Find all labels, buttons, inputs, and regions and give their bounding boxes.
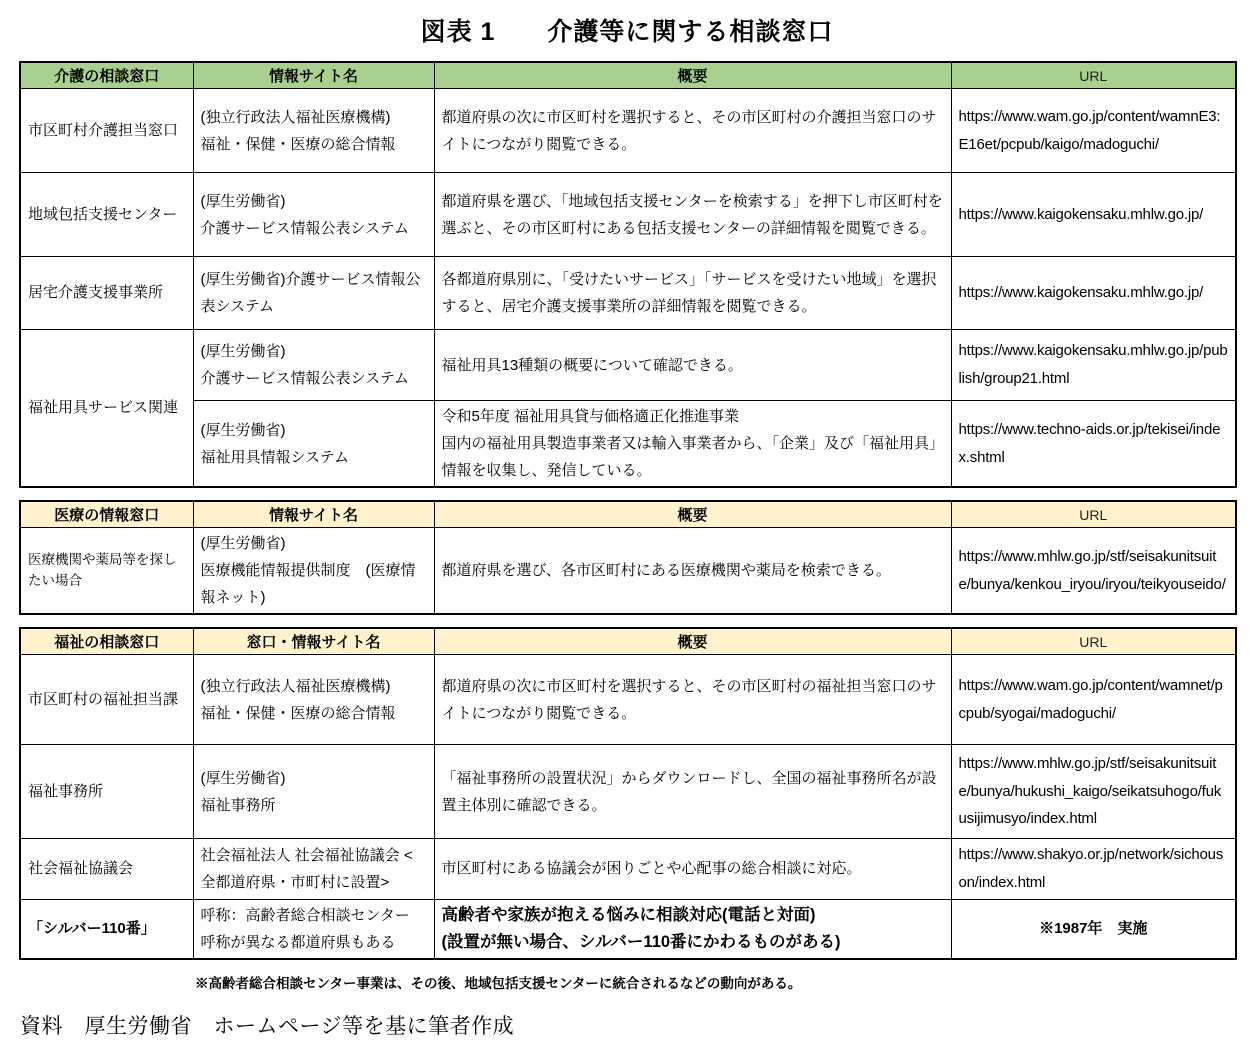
window-cell-merged: 福祉用具サービス関連 (20, 330, 193, 488)
table-header-row: 介護の相談窓口 情報サイト名 概要 URL (20, 62, 1236, 89)
table-row: 市区町村介護担当窓口 (独立行政法人福祉医療機構) 福祉・保健・医療の総合情報 … (20, 89, 1236, 173)
table-row: (厚生労働省) 福祉用具情報システム 令和5年度 福祉用具貸与価格適正化推進事業… (20, 401, 1236, 488)
header-consultation-window: 介護の相談窓口 (20, 62, 193, 89)
table-row: 福祉用具サービス関連 (厚生労働省) 介護サービス情報公表システム 福祉用具13… (20, 330, 1236, 401)
url-cell: https://www.mhlw.go.jp/stf/seisakunitsui… (951, 528, 1236, 615)
site-name-cell: 呼称：高齢者総合相談センター 呼称が異なる都道府県もある (193, 899, 434, 959)
header-url: URL (951, 62, 1236, 89)
summary-cell: 都道府県を選び、「地域包括支援センターを検索する」を押下し市区町村を選ぶと、その… (434, 173, 951, 257)
site-name-cell: (厚生労働省) 福祉用具情報システム (193, 401, 434, 488)
summary-cell: 「福祉事務所の設置状況」からダウンロードし、全国の福祉事務所名が設置主体別に確認… (434, 745, 951, 839)
table-row: 居宅介護支援事業所 (厚生労働省)介護サービス情報公表システム 各都道府県別に、… (20, 257, 1236, 330)
summary-cell: 都道府県の次に市区町村を選択すると、その市区町村の介護担当窓口のサイトにつながり… (434, 89, 951, 173)
window-cell: 福祉事務所 (20, 745, 193, 839)
url-cell: https://www.shakyo.or.jp/network/sichous… (951, 839, 1236, 900)
table-row: 「シルバー110番」 呼称：高齢者総合相談センター 呼称が異なる都道府県もある … (20, 899, 1236, 959)
url-cell: https://www.kaigokensaku.mhlw.go.jp/ (951, 173, 1236, 257)
summary-cell: 都道府県を選び、各市区町村にある医療機関や薬局を検索できる。 (434, 528, 951, 615)
window-cell: 市区町村の福祉担当課 (20, 655, 193, 745)
header-summary: 概要 (434, 501, 951, 528)
table-header-row: 福祉の相談窓口 窓口・情報サイト名 概要 URL (20, 628, 1236, 655)
source-attribution: 資料 厚生労働省 ホームページ等を基に筆者作成 (20, 1010, 1254, 1040)
url-cell: https://www.techno-aids.or.jp/tekisei/in… (951, 401, 1236, 488)
iryo-information-table: 医療の情報窓口 情報サイト名 概要 URL 医療機関や薬局等を探したい場合 (厚… (19, 500, 1237, 615)
site-name-cell: 社会福祉法人 社会福祉協議会 <全都道府県・市町村に設置> (193, 839, 434, 900)
site-name-cell: (厚生労働省) 介護サービス情報公表システム (193, 330, 434, 401)
url-cell: https://www.wam.go.jp/content/wamnet/pcp… (951, 655, 1236, 745)
table-row: 市区町村の福祉担当課 (独立行政法人福祉医療機構) 福祉・保健・医療の総合情報 … (20, 655, 1236, 745)
summary-cell: 令和5年度 福祉用具貸与価格適正化推進事業 国内の福祉用具製造事業者又は輸入事業… (434, 401, 951, 488)
table-row: 地域包括支援センター (厚生労働省) 介護サービス情報公表システム 都道府県を選… (20, 173, 1236, 257)
site-name-cell: (厚生労働省) 福祉事務所 (193, 745, 434, 839)
table-row: 医療機関や薬局等を探したい場合 (厚生労働省) 医療機能情報提供制度 (医療情報… (20, 528, 1236, 615)
site-name-cell: (厚生労働省)介護サービス情報公表システム (193, 257, 434, 330)
window-cell: 居宅介護支援事業所 (20, 257, 193, 330)
url-cell: https://www.kaigokensaku.mhlw.go.jp/publ… (951, 330, 1236, 401)
table-header-row: 医療の情報窓口 情報サイト名 概要 URL (20, 501, 1236, 528)
page-title: 図表 1 介護等に関する相談窓口 (0, 12, 1254, 48)
table-row: 社会福祉協議会 社会福祉法人 社会福祉協議会 <全都道府県・市町村に設置> 市区… (20, 839, 1236, 900)
kaigo-consultation-table: 介護の相談窓口 情報サイト名 概要 URL 市区町村介護担当窓口 (独立行政法人… (19, 61, 1237, 488)
header-site-name: 情報サイト名 (193, 501, 434, 528)
url-cell: https://www.mhlw.go.jp/stf/seisakunitsui… (951, 745, 1236, 839)
header-site-name: 窓口・情報サイト名 (193, 628, 434, 655)
table-footnote: ※高齢者総合相談センター事業は、その後、地域包括支援センターに統合されるなどの動… (195, 972, 1254, 992)
summary-cell: 高齢者や家族が抱える悩みに相談対応(電話と対面) (設置が無い場合、シルバー11… (434, 899, 951, 959)
header-consultation-window: 福祉の相談窓口 (20, 628, 193, 655)
table-row: 福祉事務所 (厚生労働省) 福祉事務所 「福祉事務所の設置状況」からダウンロード… (20, 745, 1236, 839)
summary-cell: 市区町村にある協議会が困りごとや心配事の総合相談に対応。 (434, 839, 951, 900)
header-summary: 概要 (434, 62, 951, 89)
fukushi-consultation-table: 福祉の相談窓口 窓口・情報サイト名 概要 URL 市区町村の福祉担当課 (独立行… (19, 627, 1237, 960)
note-cell: ※1987年 実施 (951, 899, 1236, 959)
window-cell: 社会福祉協議会 (20, 839, 193, 900)
window-cell: 「シルバー110番」 (20, 899, 193, 959)
header-consultation-window: 医療の情報窓口 (20, 501, 193, 528)
header-url: URL (951, 501, 1236, 528)
url-cell: https://www.kaigokensaku.mhlw.go.jp/ (951, 257, 1236, 330)
window-cell: 医療機関や薬局等を探したい場合 (20, 528, 193, 615)
site-name-cell: (独立行政法人福祉医療機構) 福祉・保健・医療の総合情報 (193, 655, 434, 745)
window-cell: 市区町村介護担当窓口 (20, 89, 193, 173)
header-url: URL (951, 628, 1236, 655)
site-name-cell: (厚生労働省) 医療機能情報提供制度 (医療情報ネット) (193, 528, 434, 615)
header-summary: 概要 (434, 628, 951, 655)
site-name-cell: (独立行政法人福祉医療機構) 福祉・保健・医療の総合情報 (193, 89, 434, 173)
window-cell: 地域包括支援センター (20, 173, 193, 257)
summary-cell: 都道府県の次に市区町村を選択すると、その市区町村の福祉担当窓口のサイトにつながり… (434, 655, 951, 745)
summary-cell: 各都道府県別に、「受けたいサービス」「サービスを受けたい地域」を選択すると、居宅… (434, 257, 951, 330)
summary-cell: 福祉用具13種類の概要について確認できる。 (434, 330, 951, 401)
header-site-name: 情報サイト名 (193, 62, 434, 89)
url-cell: https://www.wam.go.jp/content/wamnE3:E16… (951, 89, 1236, 173)
site-name-cell: (厚生労働省) 介護サービス情報公表システム (193, 173, 434, 257)
